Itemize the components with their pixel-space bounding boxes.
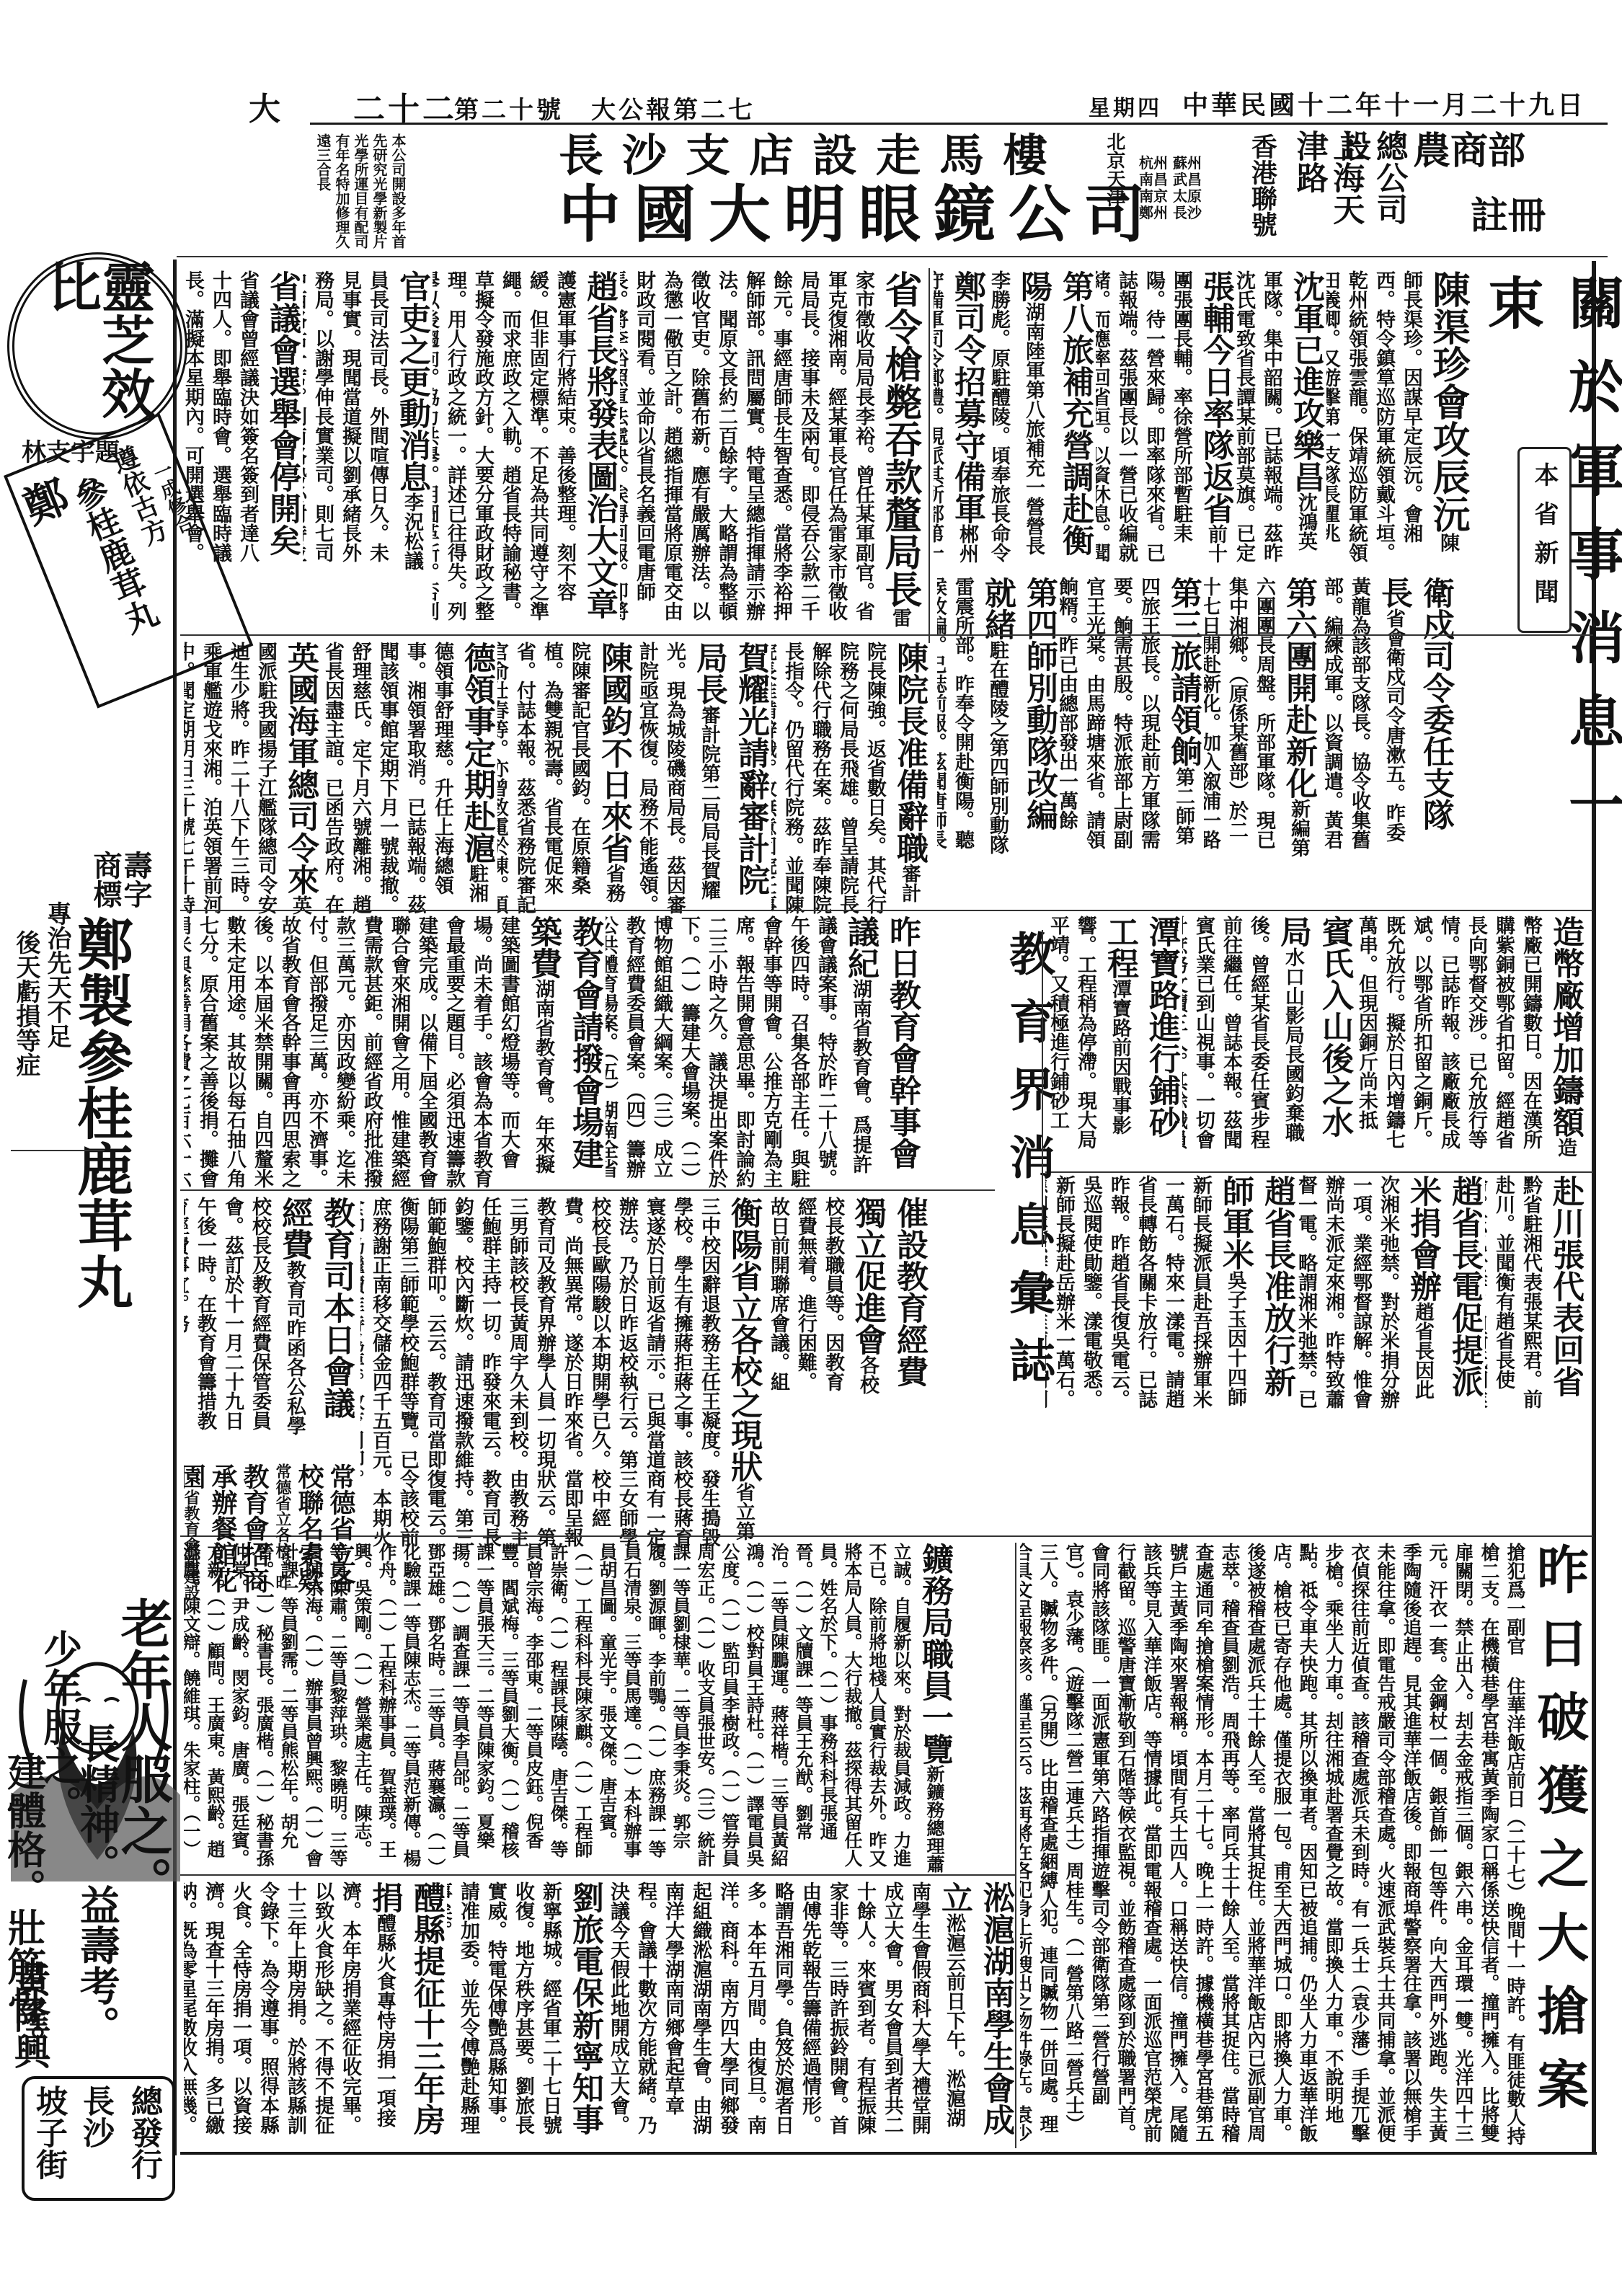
article-edu-meeting: 昨日教育會幹事會議紀湖南省教育會。爲提許議會議案事。特於昨二十八號。午後四時。召… <box>606 916 923 1189</box>
article-robbery: 昨日破獲之大搶案搶犯爲一副官 住華洋飯店前日（二十七）晚間十一時許。有匪徒數人持… <box>1020 1543 1590 2148</box>
distributor-location: 坡子街 <box>25 2085 71 2180</box>
article-chen-guojun: 陳國鈞不日來省省務院陳審記官長國鈞。在原籍桑植。為雙親祝壽。省長電促來省。付誌本… <box>497 642 634 916</box>
row-divider-3a <box>1045 1171 1593 1173</box>
ad-head-office-road: 上海天津路 <box>1290 130 1363 249</box>
issue-label: 第二十號 <box>454 90 564 125</box>
trademark-label-bottom: 商標 <box>85 851 126 908</box>
article-house-tax: 醴縣提征十三年房捐醴縣火食專恃房捐一項接濟。本年房捐業經征收完畢。以致火食形缺之… <box>184 1881 447 2141</box>
article-he-yaoguang: 賀耀光請辭審計院局長審計院第二局局長賀耀光。現為城陵磯商局長。茲因審計院亟宜恢復… <box>634 642 771 916</box>
article-army-rice: 趙省長准放行新師軍米吳子玉因十四師新師長擬派員赴吾採辦軍米一萬石。特來一漾電。請… <box>1045 1175 1298 1413</box>
distributor-city: 長沙 <box>72 2085 118 2148</box>
elder-slogan-1: 老年人服之。 <box>115 1597 170 1908</box>
indication-1: 專治先天不足 <box>40 901 75 1048</box>
article-hunan-students: 淞滬湖南學生會成立淞滬云前日下午。淞滬湖南學生會假商科大學大禮堂開成立大會。男女… <box>606 1881 1016 2141</box>
article-official-changes: 官吏之更動消息李況松議員長司法司長。外間喧傳日久。未見事實。現聞當道擬以劉承緒長… <box>303 270 433 573</box>
row-divider-3b <box>180 1189 995 1191</box>
weekday: 星期四 <box>1089 90 1162 122</box>
article-chen-resign: 陳院長准備辭職審計院長陳強。返省數日矣。其代行院務之何局長飛雄。曾呈請院長解除代… <box>771 642 930 916</box>
article-shen-army: 沈軍已進攻樂昌沈鴻英軍隊。集中韶關。已誌報端。茲昨沈氏電致省長譚某前部莫旗。已定… <box>1236 270 1326 566</box>
masthead-bottom-rule <box>177 256 1608 257</box>
article-edu-funding: 催設教育經費獨立促進會各校校長教職員等。因教育經費無着。進行困難。故日前開聯席會… <box>764 1197 930 1406</box>
article-mining-bureau: 鑛務局職員一覽新鑛務總理蕭立誠。自履新以來。對於裁員減政。力進不已。除前將地棧人… <box>184 1543 955 1874</box>
row-divider-5 <box>180 1874 1016 1876</box>
ad-branches-top: 北京天津 <box>1103 132 1125 247</box>
ad-registration: 農商部 <box>1413 130 1525 173</box>
edu-title-divider <box>1042 930 1043 1247</box>
article-provincial-order: 省令槍斃吞款釐局長雷家市徵收局局長李裕。曾任某軍副官。省軍克復湘南。經某軍長官任… <box>620 270 923 631</box>
article-mint: 造幣廠增加鑄額造幣廠已開鑄數日。因在漢所購紫銅被鄂省扣留。經趙省長向鄂督交涉。已… <box>1355 916 1586 1168</box>
ad-headline-shop: 長沙支店設走馬樓 <box>559 133 1066 178</box>
article-zhao-essay: 趙省長將發表圖治大文章護憲軍事行將結束。善後整理。刻不容緩。但非固定標準。不足為… <box>433 270 620 631</box>
article-third-brigade: 第三旅請領餉第二師第四旅王旅長。以現赴前方軍隊需要。餉需甚殷。特派旅部上尉副官王… <box>1060 577 1204 858</box>
article-german-consul: 德領事定期赴滬駐湘德領事舒理慈。升任上海總領事。湘領署取消。已誌報端。茲聞該領事… <box>321 642 497 916</box>
article-chen-quzhen: 陳渠珍會攻辰沅陳師長渠珍。因謀早定辰沅。會湘西。特令鎮筸巡防軍統領戴斗垣。乾州統… <box>1326 270 1471 566</box>
row-divider-4 <box>180 1535 1593 1537</box>
robbery-left-divider <box>1015 1543 1016 2148</box>
ad-hk-branch: 香港聯號 <box>1247 133 1277 252</box>
column-divider <box>929 268 930 643</box>
registration-label: 農商部 <box>1413 129 1525 173</box>
page-label: 大 <box>249 83 283 129</box>
row-divider-2 <box>180 910 1593 911</box>
lingzhi-ad-seal: 靈芝效比 <box>7 252 187 440</box>
indication-2: 後天虧損等症 <box>9 930 44 1077</box>
article-zhang-fu: 張輔今日率隊返省前十團張團長輔。率徐營所部暫駐耒陽。待一營來歸。即率隊來省。已誌… <box>1096 270 1236 566</box>
article-tanbao-road: 潭寶路進行鋪砂工程潭寶路前因戰事影響。工程稍為停滯。現大局平靖。又積極進行鋪砂工… <box>1045 916 1182 1168</box>
ad-copy-columns: 本公司開設多年首先研究光學新製片光學所運目有配司有年名特加修理久遠三合長 <box>177 133 407 252</box>
article-liu-lv: 劉旅電保新寧知事新寧縣城。經省軍二十七日號收復。地方秩序甚要。劉旅長實威。特電保… <box>447 1881 606 2141</box>
distributor-label: 總發行 <box>120 2085 167 2180</box>
article-edu-hall: 教育會請撥會場建築費湖南省教育會。年來擬建築圖書館幻燈場等。而大會場。尚未着手。… <box>184 916 606 1189</box>
ad-headline-company: 中國大明眼鏡公司 <box>559 184 1158 246</box>
article-edu-dept-meeting: 教育司本日會議經費教育司昨函各公私學校校長及教育經費保管委員會。茲訂於十一月二十… <box>184 1197 357 1449</box>
article-bin-shuikoushan: 賓氏入山後之水局水口山影局長國鈞棄職後。曾經某省長委任賓步程前往繼任。曾誌本報。… <box>1182 916 1355 1168</box>
page-bottom-rule <box>180 2152 1597 2155</box>
article-hengyang-schools: 衡陽省立各校之現狀省立第三中校因辭退教務主任王凝度。發生搗毀學校。學生有擁蔣拒蔣… <box>360 1197 764 1550</box>
product-name-zheng: 鄭製參桂鹿茸丸 <box>72 916 128 1309</box>
distributor-box: 總發行 長沙 坡子街 <box>22 2076 175 2201</box>
ad-branches-block: 杭州 蘇州 南昌 武昌 南京 太原 鄭州 長沙 <box>1139 155 1240 221</box>
article-fourth-division: 第四師別動隊改編就緒駐在醴陵之第四師別動隊雷震所部。昨奉令開赴衡陽。聽候改編。已… <box>937 577 1060 858</box>
header-rule <box>310 123 1608 125</box>
article-zheng-siling: 鄭司令招募守備軍郴州守備軍司令鄭禮。現派其所部第一團團長 <box>934 270 988 566</box>
section-title-military: 關於軍事消息一束 <box>1471 274 1622 937</box>
masthead-ad: 長沙支店設走馬樓 中國大明眼鏡公司 北京天津 農商部 註冊 總公司設 上海天津路… <box>555 126 1608 252</box>
ad-registration-word: 註冊 <box>1471 195 1546 238</box>
article-sichuan-rep: 赴川張代表回省黔省駐湘代表張某熙君。前赴川。並聞衡有趙省長使命。茲已於昨日由衡抵… <box>1485 1175 1586 1413</box>
row-divider-1 <box>180 634 1593 636</box>
publication-date: 中華民國十二年十一月二十九日 <box>1182 85 1586 122</box>
article-weishu-commander: 衛戍司令委任支隊長省會衛戍司令唐漱五。昨委黃龍為該部支隊長。協令收集舊部。編練成… <box>1319 577 1456 858</box>
header-bar: 大 二十二 第二十號 大公報第二七 星期四 中華民國十二年十一月二十九日 <box>0 0 1622 130</box>
article-sixth-regiment: 第六團開赴新化新編第六團團長周盤。所部軍隊。現已集中湘鄉。（原係某舊部）於二十七… <box>1204 577 1319 858</box>
article-eighth-brigade: 第八旅補充營調赴衡陽湖南陸軍第八旅補充一營營長李勝彪。原駐醴陵。頃奉旅長命令調衡… <box>988 270 1096 566</box>
series-label: 大公報第二七 <box>591 90 755 125</box>
left-ad-divider-h <box>11 1150 105 1151</box>
article-rice-tax: 趙省長電促提派米捐會辦趙省長因此次湘米弛禁。對於米捐分辦一項。業經鄂督諒解。惟會… <box>1298 1175 1485 1413</box>
article-british-navy: 英國海軍總司令來英國派駐我國揚子江艦隊總司令安迪生少將。昨二十八下午三時。乘軍艦… <box>184 642 321 916</box>
distributor-shop: 黃隆興 <box>4 1961 56 2069</box>
